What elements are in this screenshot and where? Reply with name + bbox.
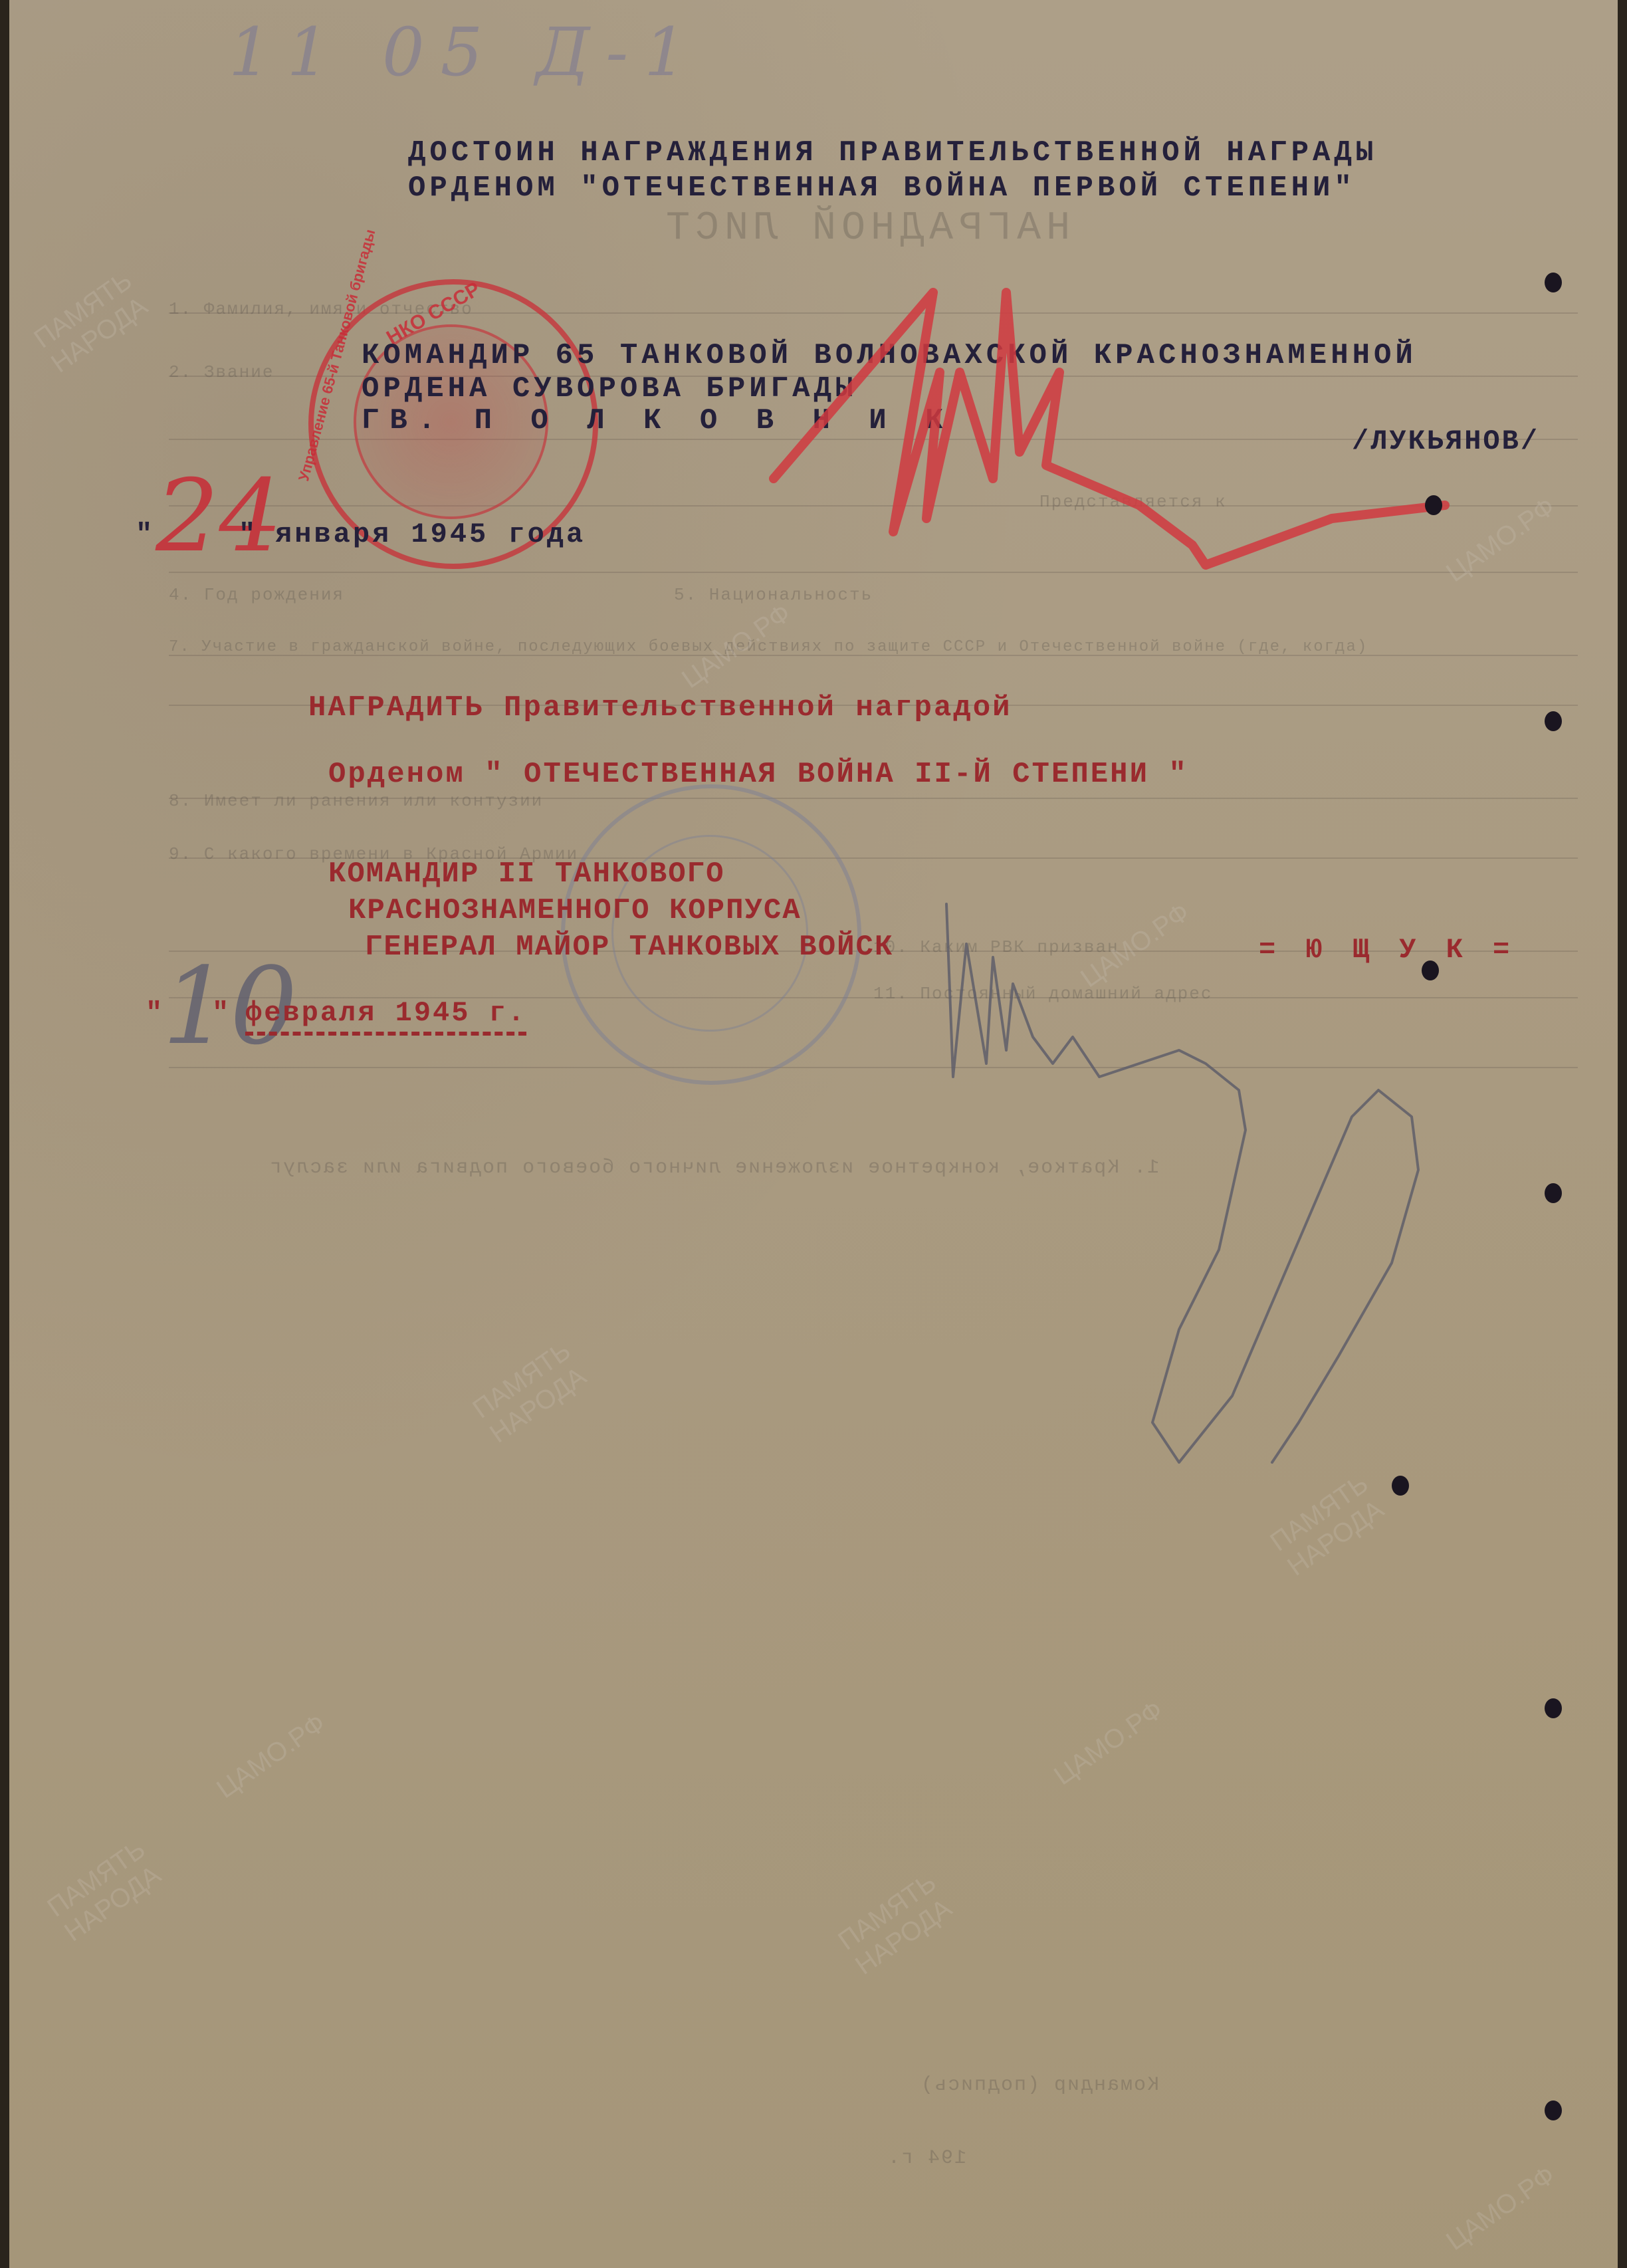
punch-hole [1545, 273, 1562, 292]
punch-hole [1545, 1183, 1562, 1203]
red-signature [774, 292, 1445, 565]
punch-hole [1545, 711, 1562, 731]
punch-hole [1422, 961, 1439, 980]
punch-hole [1392, 1476, 1409, 1496]
signatures-layer [9, 0, 1618, 2268]
punch-hole [1545, 2100, 1562, 2120]
award-sheet: 11 05 Д-1 НАГРАДНОЙ ЛИСТ 1. Фамилия, имя… [9, 0, 1618, 2268]
punch-hole [1545, 1698, 1562, 1718]
pencil-signature [946, 904, 1418, 1462]
punch-hole [1425, 495, 1442, 515]
